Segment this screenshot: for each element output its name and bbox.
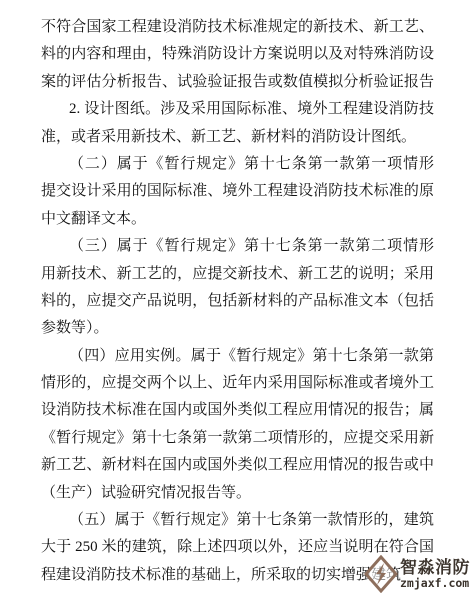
text-line: 料的，应提交产品说明，包括新材料的产品标准文本（包括性能: [41, 288, 434, 315]
text-line: 案的评估分析报告、试验验证报告或数值模拟分析验证报告等。: [41, 69, 434, 96]
text-line: （二）属于《暂行规定》第十七条第一款第一项情形的，应: [41, 151, 434, 178]
watermark-brand: 智淼消防: [400, 558, 470, 577]
watermark-url: zmjaxf.com: [400, 577, 470, 590]
text-line: （四）应用实例。属于《暂行规定》第十七条第一款第一项: [41, 343, 434, 370]
text-line: （三）属于《暂行规定》第十七条第一款第二项情形的，采: [41, 233, 434, 260]
diamond-lightning-logo-icon: [364, 555, 398, 593]
text-line: 参数等）。: [41, 315, 434, 342]
document-lines: 不符合国家工程建设消防技术标准规定的新技术、新工艺、新材料的内容和理由，特殊消防…: [41, 14, 434, 589]
text-line: 料的内容和理由，特殊消防设计方案说明以及对特殊消防设计方: [41, 41, 434, 68]
watermark: 智淼消防 zmjaxf.com: [364, 555, 470, 593]
text-line: 《暂行规定》第十七条第一款第二项情形的，应提交采用新技术、: [41, 425, 434, 452]
text-line: 新工艺、新材料在国内或国外类似工程应用情况的报告或中试: [41, 452, 434, 479]
text-line: 2. 设计图纸。涉及采用国际标准、境外工程建设消防技术标: [41, 96, 434, 123]
text-line: 用新技术、新工艺的，应提交新技术、新工艺的说明；采用新材: [41, 261, 434, 288]
text-line: 不符合国家工程建设消防技术标准规定的新技术、新工艺、新材: [41, 14, 434, 41]
text-line: 提交设计采用的国际标准、境外工程建设消防技术标准的原文及: [41, 178, 434, 205]
text-line: 准，或者采用新技术、新工艺、新材料的消防设计图纸。: [41, 124, 434, 151]
text-line: 设消防技术标准在国内或国外类似工程应用情况的报告；属于: [41, 397, 434, 424]
document-page: 不符合国家工程建设消防技术标准规定的新技术、新工艺、新材料的内容和理由，特殊消防…: [0, 0, 475, 599]
text-line: （五）属于《暂行规定》第十七条第一款情形的，建筑高度: [41, 507, 434, 534]
text-line: 中文翻译文本。: [41, 206, 434, 233]
text-line: 情形的，应提交两个以上、近年内采用国际标准或者境外工程建: [41, 370, 434, 397]
text-line: （生产）试验研究情况报告等。: [41, 480, 434, 507]
